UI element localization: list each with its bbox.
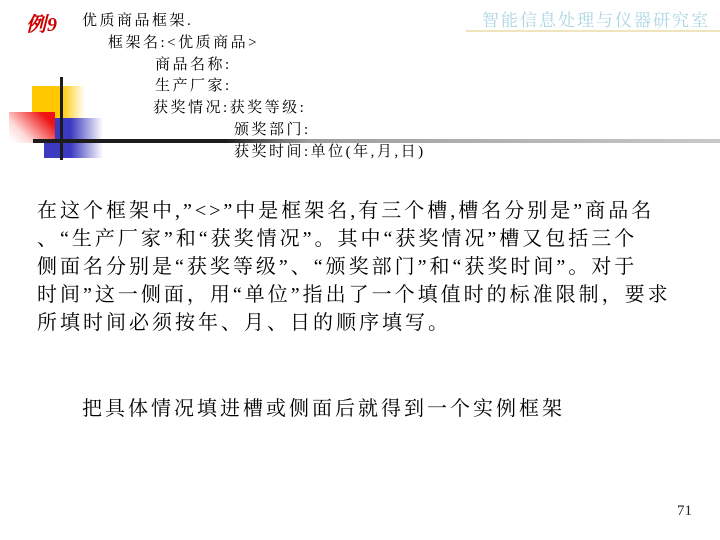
paragraph-line: 、“生产厂家”和“获奖情况”。其中“获奖情况”槽又包括三个	[37, 225, 671, 253]
frame-line: 框架名:<优质商品>	[108, 33, 426, 55]
frame-definition-block: 优质商品框架. 框架名:<优质商品> 商品名称: 生产厂家: 获奖情况:获奖等级…	[0, 11, 426, 164]
paragraph-line: 在这个框架中,”<>”中是框架名,有三个槽,槽名分别是”商品名	[37, 197, 671, 225]
paragraph-line: 所填时间必须按年、月、日的顺序填写。	[37, 309, 671, 337]
lab-header-underline	[466, 30, 720, 32]
page-number: 71	[677, 503, 692, 520]
body-paragraph: 在这个框架中,”<>”中是框架名,有三个槽,槽名分别是”商品名 、“生产厂家”和…	[37, 197, 671, 337]
frame-line: 获奖情况:获奖等级:	[153, 98, 426, 120]
note-line: 把具体情况填进槽或侧面后就得到一个实例框架	[82, 392, 565, 421]
frame-line: 颁奖部门:	[234, 120, 426, 142]
frame-line: 生产厂家:	[155, 76, 426, 98]
frame-line: 商品名称:	[155, 55, 426, 77]
paragraph-line: 时间”这一侧面，用“单位”指出了一个填值时的标准限制，要求	[37, 281, 671, 309]
frame-line: 优质商品框架.	[82, 11, 426, 33]
paragraph-line: 侧面名分别是“获奖等级”、“颁奖部门”和“获奖时间”。对于	[37, 253, 671, 281]
frame-line: 获奖时间:单位(年,月,日)	[234, 142, 426, 164]
lab-header-title: 智能信息处理与仪器研究室	[482, 6, 710, 31]
